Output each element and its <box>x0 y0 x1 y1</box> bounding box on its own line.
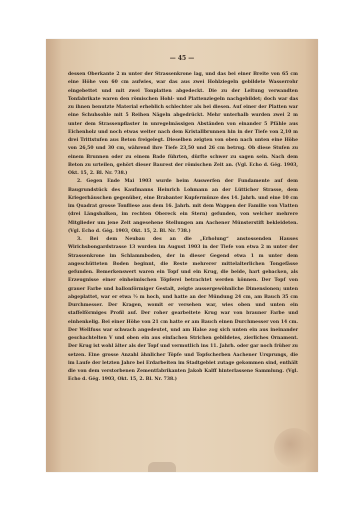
edge-shadow <box>148 462 176 472</box>
body-text: dessen Oberkante 2 m unter der Strassenk… <box>68 71 298 385</box>
paragraph-1: dessen Oberkante 2 m unter der Strassenk… <box>68 71 298 178</box>
scanned-page: — 45 — dessen Oberkante 2 m unter der St… <box>46 39 318 472</box>
paragraph-3: 3. Bei dem Neubau des an die „Erholung“ … <box>68 236 298 385</box>
thumb-shadow <box>274 428 314 468</box>
page-number: — 45 — <box>46 55 318 62</box>
paragraph-2: 2. Gegen Ende Mai 1903 wurde beim Auswer… <box>68 178 298 236</box>
